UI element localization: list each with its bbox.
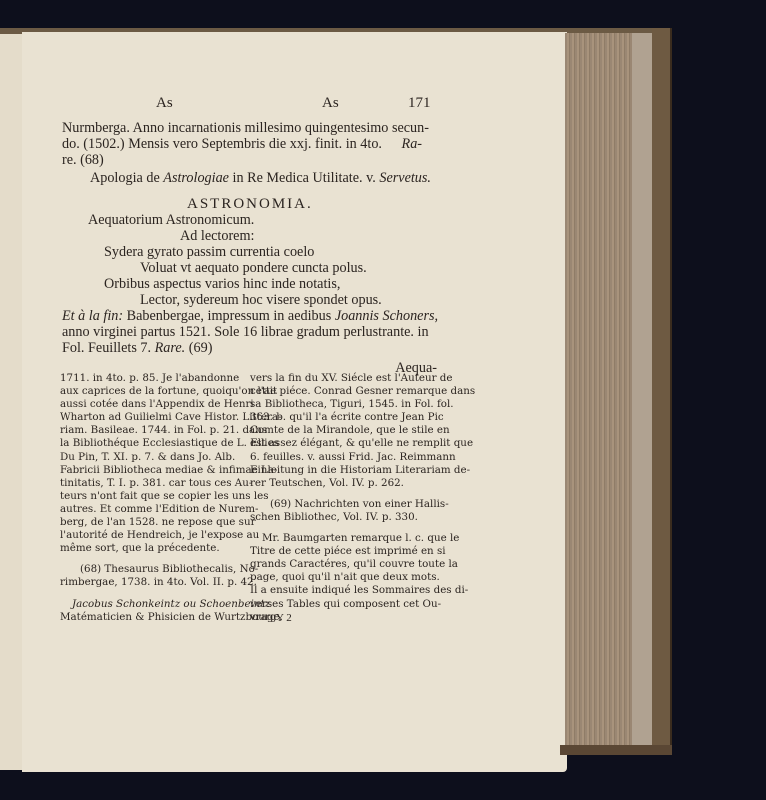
footnote-line: aussi cotée dans l'Appendix de Henri [60, 398, 244, 411]
page-edges [565, 33, 633, 751]
footnote-line: Titre de cette piéce est imprimé en si [250, 545, 434, 558]
colophon-line: Fol. Feuillets 7. Rare. (69) [62, 340, 437, 356]
verse-line: Sydera gyrato passim currentia coelo [62, 244, 437, 260]
footnote-line: sa Bibliotheca, Tiguri, 1545. in Fol. fo… [250, 398, 434, 411]
line: do. (1502.) Mensis vero Septembris die x… [62, 136, 437, 152]
book-cover-bottom [560, 745, 672, 755]
main-text: Nurmberga. Anno incarnationis millesimo … [62, 120, 437, 376]
footnote-line: Il a ensuite indiqué les Sommaires des d… [250, 584, 434, 597]
line: re. (68) [62, 152, 437, 168]
footnote-line: Matématicien & Phisicien de Wurtzbourg [60, 611, 244, 624]
footnote-line: 1711. in 4to. p. 85. Je l'abandonne [60, 372, 244, 385]
footnote-line: schen Bibliothec, Vol. IV. p. 330. [250, 511, 434, 524]
footnote-line: grands Caractéres, qu'il couvre toute la [250, 558, 434, 571]
running-head-left: As [156, 95, 173, 112]
footnote-line: est assez élégant, & qu'elle ne remplit … [250, 437, 434, 450]
line: Nurmberga. Anno incarnationis millesimo … [62, 120, 437, 136]
signature-mark: Y 2 [276, 612, 292, 624]
book-board [652, 28, 672, 752]
colophon-line: Et à la fin: Babenbergae, impressum in a… [62, 308, 437, 324]
footnote-column-left: 1711. in 4to. p. 85. Je l'abandonne aux … [60, 372, 244, 624]
work-title: Aequatorium Astronomicum. [62, 212, 437, 228]
page-edges-inner [632, 33, 654, 745]
footnote-line: Mr. Baumgarten remarque l. c. que le [250, 532, 434, 545]
footnote-line: Wharton ad Guilielmi Cave Histor. Litter… [60, 411, 244, 424]
section-title: ASTRONOMIA. [62, 196, 437, 212]
footnote-line: l'autorité de Hendreich, je l'expose au [60, 529, 244, 542]
verse-line: Voluat vt aequato pondere cuncta polus. [62, 260, 437, 276]
footnote-line: Einleitung in die Historiam Literariam d… [250, 464, 434, 477]
footnote-line: rer Teutschen, Vol. IV. p. 262. [250, 477, 434, 490]
footnote-line: vers la fin du XV. Siécle est l'Auteur d… [250, 372, 434, 385]
apologia-entry: Apologia de Astrologiae in Re Medica Uti… [62, 170, 437, 186]
footnote-line: tinitatis, T. I. p. 381. car tous ces Au… [60, 477, 244, 490]
footnote-line: verses Tables qui composent cet Ou- [250, 598, 434, 611]
footnote-line: Comte de la Mirandole, que le stile en [250, 424, 434, 437]
footnote-line: rimbergae, 1738. in 4to. Vol. II. p. 42. [60, 576, 244, 589]
footnote-line: Jacobus Schonkeintz ou Schoenbeintz [60, 598, 244, 611]
footnote-line: Du Pin, T. XI. p. 7. & dans Jo. Alb. [60, 451, 244, 464]
left-page-edge [0, 34, 24, 770]
running-head-center: As [322, 95, 339, 112]
footnote-line: 363. b. qu'il l'a écrite contre Jean Pic [250, 411, 434, 424]
footnote-line: cette piéce. Conrad Gesner remarque dans [250, 385, 434, 398]
footnote-68: (68) Thesaurus Bibliothecalis, No- [60, 563, 244, 576]
colophon-line: anno virginei partus 1521. Sole 16 libra… [62, 324, 437, 340]
footnote-line: aux caprices de la fortune, quoiqu'on l'… [60, 385, 244, 398]
footnote-line: la Bibliothéque Ecclesiastique de L. Ell… [60, 437, 244, 450]
verse-line: Orbibus aspectus varios hinc inde notati… [62, 276, 437, 292]
footnote-line: autres. Et comme l'Edition de Nurem- [60, 503, 244, 516]
page-number: 171 [408, 95, 431, 112]
footnote-line: page, quoi qu'il n'ait que deux mots. [250, 571, 434, 584]
verse-line: Lector, sydereum hoc visere spondet opus… [62, 292, 437, 308]
footnote-line: berg, de l'an 1528. ne repose que sur [60, 516, 244, 529]
footnote-line: même sort, que la précedente. [60, 542, 244, 555]
footnote-69: (69) Nachrichten von einer Hallis- [250, 498, 434, 511]
footnote-line: Fabricii Bibliotheca mediae & infimae La… [60, 464, 244, 477]
footnote-line: teurs n'ont fait que se copier les uns l… [60, 490, 244, 503]
ad-lectorem: Ad lectorem: [62, 228, 437, 244]
footnote-column-right: vers la fin du XV. Siécle est l'Auteur d… [250, 372, 434, 624]
footnote-line: riam. Basileae. 1744. in Fol. p. 21. dan… [60, 424, 244, 437]
footnote-line: 6. feuilles. v. aussi Frid. Jac. Reimman… [250, 451, 434, 464]
